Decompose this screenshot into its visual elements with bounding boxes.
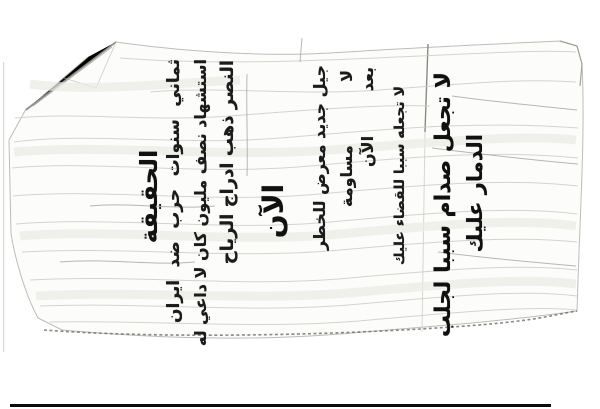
paper-wrinkles [0,0,600,409]
leaflet-line-victory-gone: النصر ذهب ادراج الرياح [214,60,241,252]
scan-bottom-line [10,404,551,407]
leaflet-line-dont-let-saddam-bring: لا تجعل صدام سببا لجلب [428,72,459,310]
leaflet-line-no-bargaining: لا مساومة [337,70,357,207]
leaflet-heading-now: الآن [257,170,290,252]
leaflet-line-eight-years-war: ثماني سنوات حرب ضد ايران [163,59,186,323]
leaflet-line-destruction-upon-you: الدمار عليك [460,134,491,252]
leaflet-line-half-million-martyred: استشهاد نصف مليون كان لا داعي له [189,59,212,333]
leaflet-line-after-now: بعد الآن [358,67,378,167]
leaflet-line-dont-make-him-cause: لا تجعله سببا للقضاء عليك [387,86,413,246]
leaflet-heading-truth: الحقيقة [134,148,164,245]
scan-edge-artifact [3,62,4,352]
scanned-leaflet-photo: الحقيقة ثماني سنوات حرب ضد ايران استشهاد… [0,0,600,409]
leaflet-line-new-generation: جيل جديد معرض للخطر [309,65,330,247]
